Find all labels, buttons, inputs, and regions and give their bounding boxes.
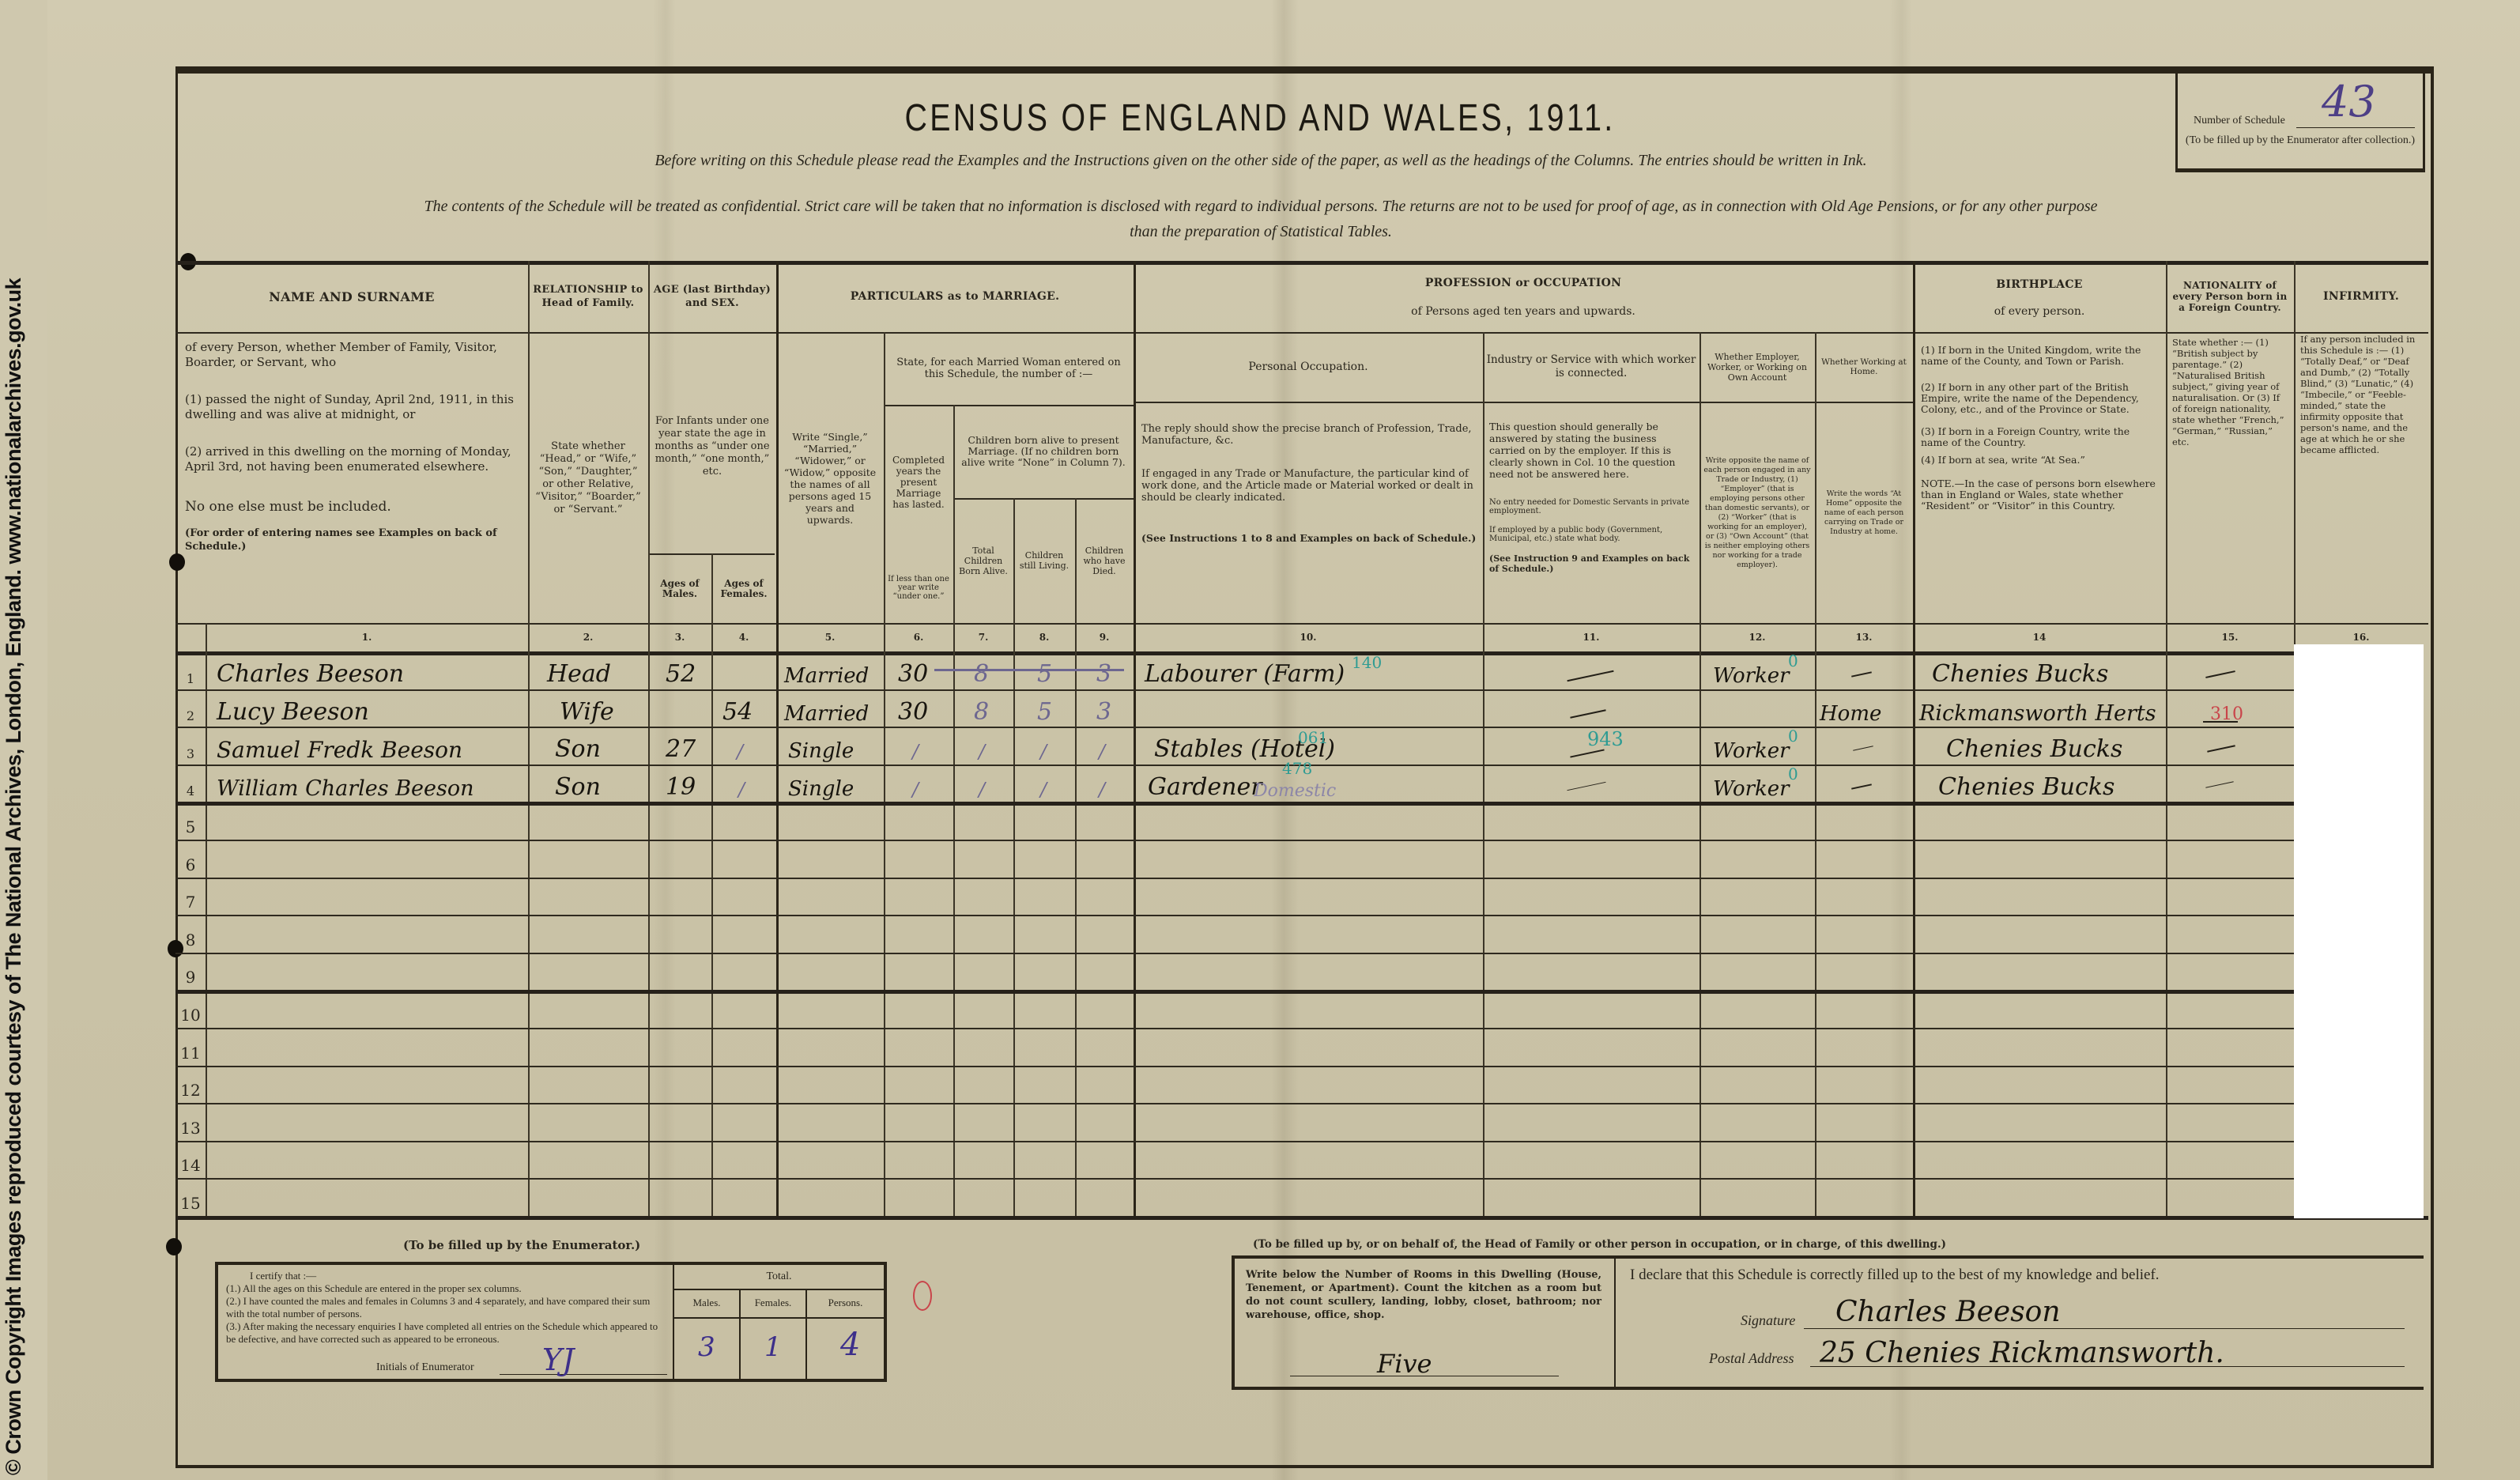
person-1-occupation-code: 140: [1352, 653, 1382, 689]
confidentiality-notice: The contents of the Schedule will be tre…: [213, 198, 2308, 216]
person-3-home-dash: [1853, 746, 1873, 750]
person-1-name: Charles Beeson: [217, 651, 404, 688]
industry-instr-2: No entry needed for Domestic Servants in…: [1486, 495, 1696, 519]
person-3-children-died: /: [1099, 727, 1105, 763]
person-4-occupation: Gardener: [1148, 765, 1262, 801]
industry-instr-1: This question should generally be answer…: [1486, 406, 1696, 493]
person-4-age-female: /: [738, 765, 745, 801]
years-married-note: If less than one year write “under one.”: [884, 553, 953, 621]
person-4-name: William Charles Beeson: [217, 765, 474, 801]
person-4-age-male: 19: [666, 765, 696, 801]
col-number-10: 10.: [1134, 625, 1483, 650]
certify-item-1: (1.) All the ages on this Schedule are e…: [226, 1282, 669, 1295]
header-age: AGE (last Birthday) and SEX.: [648, 261, 776, 332]
marital-instr: Write “Single,” “Married,” “Widower,” or…: [778, 340, 882, 617]
certify-intro: I certify that :—: [226, 1270, 669, 1282]
row-number: 7: [175, 878, 206, 915]
females-label: Females.: [741, 1289, 807, 1319]
row-number: 11: [175, 1028, 206, 1066]
col-number-11: 11.: [1483, 625, 1699, 650]
postal-address: 25 Chenies Rickmansworth.: [1820, 1333, 2224, 1369]
children-total-label: Total Children Born Alive.: [953, 498, 1013, 623]
col-number-8: 8.: [1013, 625, 1075, 650]
industry-instr-3: If employed by a public body (Government…: [1486, 519, 1696, 550]
person-4-children-total: /: [979, 765, 985, 801]
col-number-3: 3.: [648, 625, 711, 650]
header-nationality: NATIONALITY of every Person born in a Fo…: [2166, 261, 2294, 332]
household-table: NAME AND SURNAME RELATIONSHIP to Head of…: [175, 261, 2428, 1219]
at-home-label: Whether Working at Home.: [1815, 332, 1913, 402]
col-number-6: 6.: [884, 625, 953, 650]
age-instr: For Infants under one year state the age…: [650, 340, 775, 553]
birthplace-instr-4: (4) If born at sea, write “At Sea.”: [1918, 452, 2163, 468]
total-label: Total.: [674, 1265, 884, 1290]
name-instr-2: (1) passed the night of Sunday, April 2n…: [182, 392, 523, 440]
header-relationship: RELATIONSHIP to Head of Family.: [528, 261, 648, 332]
punch-hole-icon: [166, 1238, 182, 1255]
header-infirmity: INFIRMITY.: [2294, 261, 2428, 332]
person-3-age-female: /: [737, 727, 743, 763]
person-2-industry-dash: [1570, 709, 1605, 719]
row-number: 4: [175, 765, 206, 802]
header-marriage: PARTICULARS as to MARRIAGE.: [776, 261, 1134, 332]
col-number-7: 7.: [953, 625, 1013, 650]
children-living-label: Children still Living.: [1013, 498, 1075, 623]
copyright-notice: © Crown Copyright Images reproduced cour…: [2, 210, 33, 1475]
enumerator-certify-text: I certify that :— (1.) All the ages on t…: [226, 1270, 669, 1346]
schedule-number-line: [2296, 127, 2415, 128]
personal-occupation-label: Personal Occupation.: [1134, 332, 1483, 402]
person-4-employment-code: 0: [1788, 765, 1798, 801]
number-of-rooms: Five: [1377, 1342, 1432, 1379]
enumerator-heading: (To be filled up by the Enumerator.): [403, 1238, 640, 1252]
person-3-employment: Worker: [1713, 727, 1790, 763]
signature-label: Signature: [1741, 1312, 1795, 1329]
col-number-14: 14: [1913, 625, 2166, 650]
person-4-marital: Single: [788, 765, 854, 801]
col-number-13: 13.: [1815, 625, 1913, 650]
schedule-number-label: Number of Schedule: [2194, 115, 2285, 127]
person-3-relationship: Son: [555, 727, 601, 763]
person-3-marital: Single: [788, 727, 854, 763]
person-2-name: Lucy Beeson: [217, 689, 369, 726]
col-number-1: 1.: [206, 625, 528, 650]
person-2-birthplace: Rickmansworth Herts: [1919, 689, 2156, 726]
row-number: 8: [175, 915, 206, 953]
postal-address-label: Postal Address: [1709, 1350, 1794, 1367]
person-1-occupation: Labourer (Farm): [1145, 651, 1345, 688]
industry-label: Industry or Service with which worker is…: [1483, 332, 1699, 402]
infirmity-instr: If any person included in this Schedule …: [2297, 334, 2425, 621]
person-3-birthplace: Chenies Bucks: [1946, 727, 2122, 763]
rooms-instructions: Write below the Number of Rooms in this …: [1246, 1268, 1601, 1322]
certify-item-2: (2.) I have counted the males and female…: [226, 1295, 669, 1320]
persons-label: Persons.: [807, 1289, 884, 1319]
person-1-industry-dash: [1567, 670, 1613, 681]
row-number: 1: [175, 651, 206, 689]
name-instr-3: (2) arrived in this dwelling on the morn…: [182, 444, 523, 492]
person-3-nationality-dash: [2207, 745, 2235, 752]
industry-instr-4: (See Instruction 9 and Examples on back …: [1486, 550, 1696, 577]
person-1-relationship: Head: [547, 651, 611, 688]
row-number: 9: [175, 953, 206, 990]
col-number-2: 2.: [528, 625, 648, 650]
birthplace-instr-1: (1) If born in the United Kingdom, write…: [1918, 340, 2163, 372]
occupier-heading: (To be filled up by, or on behalf of, th…: [1253, 1238, 1946, 1251]
person-3-children-living: /: [1040, 727, 1047, 763]
person-2-age-female: 54: [722, 689, 753, 726]
strike-through-mark: [934, 669, 1124, 671]
declaration-text: I declare that this Schedule is correctl…: [1630, 1267, 2160, 1284]
row-number: 3: [175, 727, 206, 765]
name-instr-4: No one else must be included.: [182, 500, 523, 519]
total-males: 3: [698, 1327, 715, 1363]
age-females-label: Ages of Females.: [711, 555, 776, 623]
header-birthplace-subtitle: of every person.: [1913, 296, 2166, 327]
initials-line: [500, 1374, 667, 1375]
header-name: NAME AND SURNAME: [175, 261, 528, 332]
signature-line: [1804, 1328, 2405, 1329]
row-number: 15: [175, 1178, 206, 1216]
person-1-employment: Worker: [1713, 651, 1790, 688]
row-number: 10: [175, 990, 206, 1028]
person-4-years-married: /: [912, 765, 919, 801]
row-number: 2: [175, 689, 206, 727]
confidentiality-notice-cont: than the preparation of Statistical Tabl…: [213, 223, 2308, 241]
col-number-9: 9.: [1075, 625, 1134, 650]
person-2-relationship: Wife: [560, 689, 614, 726]
row-number: 13: [175, 1103, 206, 1141]
schedule-number-box: Number of Schedule 43 (To be filled up b…: [2175, 70, 2425, 172]
person-3-employment-code: 0: [1788, 727, 1798, 763]
row-number: 5: [175, 802, 206, 840]
person-4-birthplace: Chenies Bucks: [1938, 765, 2114, 801]
person-2-years-married: 30: [898, 689, 928, 726]
form-title: CENSUS OF ENGLAND AND WALES, 1911.: [227, 96, 2293, 140]
person-4-relationship: Son: [555, 765, 601, 801]
col-number-4: 4.: [711, 625, 776, 650]
initials-label: Initials of Enumerator: [376, 1361, 474, 1374]
rooms-section: Write below the Number of Rooms in this …: [1235, 1259, 1616, 1387]
row-number: 6: [175, 840, 206, 878]
person-1-home-dash: [1851, 671, 1872, 677]
redacted-infirmity-area: [2294, 644, 2424, 1218]
row-number: 14: [175, 1141, 206, 1178]
birthplace-instr-2: (2) If born in any other part of the Bri…: [1918, 376, 2163, 421]
person-2-children-total: 8: [974, 689, 989, 726]
person-1-nationality-dash: [2205, 670, 2235, 678]
name-instr-1: of every Person, whether Member of Famil…: [182, 340, 523, 387]
person-3-age-male: 27: [666, 727, 696, 763]
total-persons: 4: [840, 1327, 860, 1363]
person-1-employment-code: 0: [1788, 651, 1798, 688]
children-died-label: Children who have Died.: [1075, 498, 1134, 623]
person-1-birthplace: Chenies Bucks: [1932, 651, 2108, 688]
nationality-instr: State whether :— (1) “British subject by…: [2169, 337, 2291, 621]
employment-instr: Write opposite the name of each person e…: [1699, 403, 1815, 623]
person-3-industry-code: 943: [1587, 728, 1624, 765]
person-3-name: Samuel Fredk Beeson: [217, 727, 462, 763]
occupier-declaration-box: Write below the Number of Rooms in this …: [1232, 1255, 2424, 1390]
employment-label: Whether Employer, Worker, or Working on …: [1699, 332, 1815, 402]
person-2-children-living: 5: [1037, 689, 1052, 726]
person-2-nationality-dash: [2203, 721, 2238, 723]
person-2-at-home: Home: [1820, 689, 1881, 726]
relationship-instr: State whether “Head,” or “Wife,” “Son,” …: [530, 340, 647, 617]
schedule-number-value: 43: [2322, 77, 2376, 126]
age-males-label: Ages of Males.: [648, 555, 711, 623]
person-4-children-living: /: [1040, 765, 1047, 801]
birthplace-instr-3: (3) If born in a Foreign Country, write …: [1918, 425, 2163, 449]
person-2-marital: Married: [784, 689, 869, 726]
personal-occ-instr-1: The reply should show the precise branch…: [1138, 419, 1480, 451]
schedule-number-note: (To be filled up by the Enumerator after…: [2184, 134, 2416, 147]
instruction-ink: Before writing on this Schedule please r…: [213, 152, 2308, 170]
birthplace-note: NOTE.—In the case of persons born elsewh…: [1918, 471, 2163, 519]
person-4-nationality-dash: [2205, 781, 2233, 787]
col-number-12: 12.: [1699, 625, 1815, 650]
person-1-marital: Married: [784, 651, 869, 688]
person-2-children-died: 3: [1096, 689, 1111, 726]
years-married-label: Completed years the present Marriage has…: [884, 411, 953, 553]
person-2-nationality-code: 310: [2210, 688, 2243, 724]
enumerator-initials: YJ: [542, 1341, 574, 1377]
married-woman-instr: State, for each Married Woman entered on…: [885, 334, 1132, 403]
row-number: 12: [175, 1066, 206, 1103]
person-4-employment: Worker: [1713, 765, 1790, 801]
person-3-children-total: /: [979, 727, 985, 763]
person-3-years-married: /: [912, 727, 919, 763]
certify-item-3: (3.) After making the necessary enquirie…: [226, 1320, 669, 1346]
personal-occ-instr-3: (See Instructions 1 to 8 and Examples on…: [1138, 522, 1480, 553]
person-4-home-dash: [1851, 783, 1872, 789]
header-occupation-subtitle: of Persons aged ten years and upwards.: [1134, 296, 1913, 327]
name-instr-5: (For order of entering names see Example…: [182, 527, 523, 558]
enumerator-certificate: I certify that :— (1.) All the ages on t…: [215, 1262, 887, 1382]
col-number-5: 5.: [776, 625, 884, 650]
totals-table: Total. Males. Females. Persons. 3 1 4: [673, 1265, 884, 1379]
males-label: Males.: [674, 1289, 741, 1319]
header-occupation: PROFESSION or OCCUPATION: [1134, 267, 1913, 299]
red-circle-mark: [913, 1281, 932, 1311]
col-number-15: 15.: [2166, 625, 2294, 650]
person-4-industry-dash: [1567, 782, 1605, 791]
total-females: 1: [764, 1327, 782, 1363]
person-4-occupation-code: 478: [1282, 759, 1312, 795]
person-1-age-male: 52: [666, 651, 696, 688]
signature: Charles Beeson: [1835, 1292, 2061, 1328]
children-instr: Children born alive to present Marriage.…: [955, 405, 1132, 498]
personal-occ-instr-2: If engaged in any Trade or Manufacture, …: [1138, 460, 1480, 511]
at-home-instr: Write the words “At Home” opposite the n…: [1815, 403, 1913, 623]
person-1-years-married: 30: [898, 651, 928, 688]
person-4-children-died: /: [1099, 765, 1105, 801]
